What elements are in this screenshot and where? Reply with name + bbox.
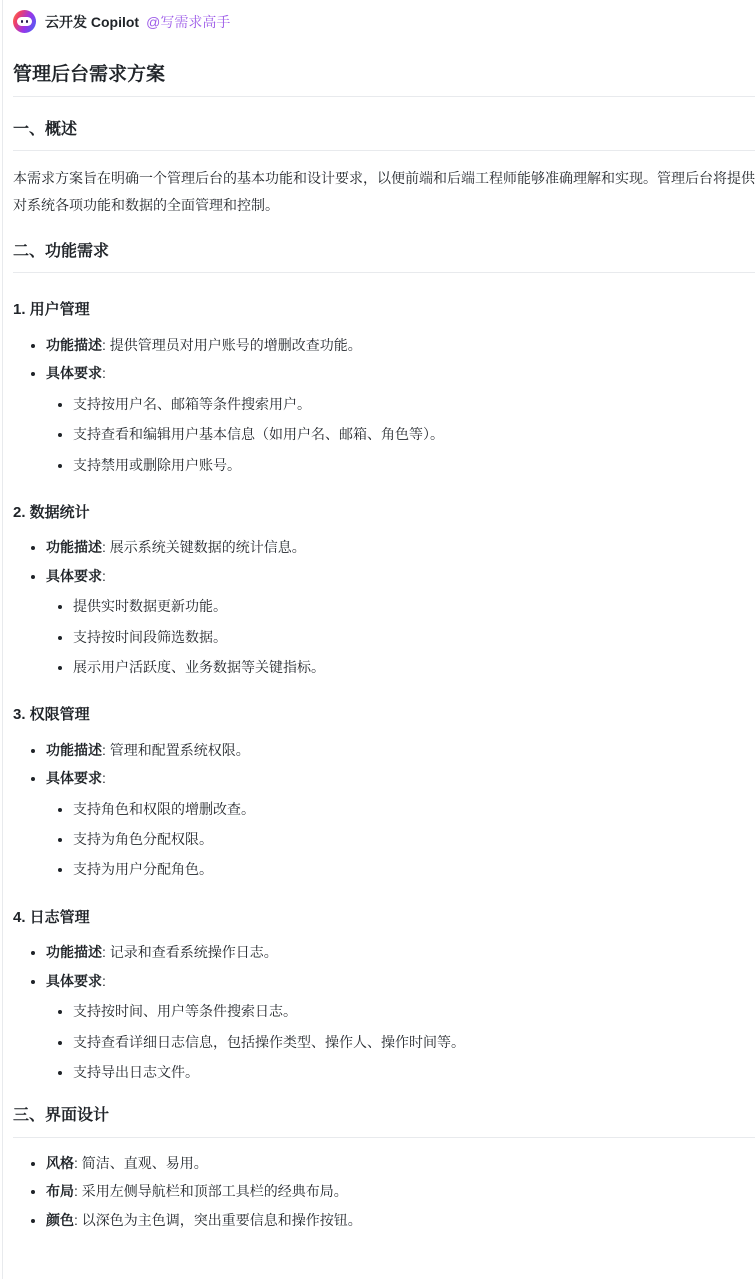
section-heading: 1. 用户管理 xyxy=(13,300,755,320)
bullet-list: 功能描述: 管理和配置系统权限。具体要求:支持角色和权限的增删改查。支持为角色分… xyxy=(13,739,755,881)
nested-bullet-list: 支持按时间、用户等条件搜索日志。支持查看详细日志信息，包括操作类型、操作人、操作… xyxy=(46,1000,755,1083)
nested-bullet-list: 支持按用户名、邮箱等条件搜索用户。支持查看和编辑用户基本信息（如用户名、邮箱、角… xyxy=(46,393,755,476)
paragraph: 本需求方案旨在明确一个管理后台的基本功能和设计要求，以便前端和后端工程师能够准确… xyxy=(13,165,755,218)
list-item-label: 具体要求 xyxy=(46,365,102,381)
list-item: 布局: 采用左侧导航栏和顶部工具栏的经典布局。 xyxy=(46,1180,755,1202)
list-item: 风格: 简洁、直观、易用。 xyxy=(46,1152,755,1174)
mention-link[interactable]: @写需求高手 xyxy=(146,12,230,32)
robot-eye-right xyxy=(26,20,29,23)
bullet-list: 功能描述: 提供管理员对用户账号的增删改查功能。具体要求:支持按用户名、邮箱等条… xyxy=(13,334,755,476)
list-item-label: 颜色 xyxy=(46,1212,74,1228)
chat-message-panel: 云开发 Copilot @写需求高手 管理后台需求方案 一、概述本需求方案旨在明… xyxy=(2,0,755,1279)
list-item-label: 具体要求 xyxy=(46,568,102,584)
section-heading: 一、概述 xyxy=(13,120,755,152)
section-heading: 二、功能需求 xyxy=(13,242,755,274)
copilot-avatar-icon xyxy=(13,10,36,33)
nested-list-item: 支持禁用或删除用户账号。 xyxy=(73,454,755,476)
list-item: 功能描述: 管理和配置系统权限。 xyxy=(46,739,755,761)
nested-list-item: 支持角色和权限的增删改查。 xyxy=(73,798,755,820)
robot-visor xyxy=(17,17,32,26)
list-item-label: 功能描述 xyxy=(46,944,102,960)
doc-blocks: 一、概述本需求方案旨在明确一个管理后台的基本功能和设计要求，以便前端和后端工程师… xyxy=(13,120,755,1232)
nested-list-item: 提供实时数据更新功能。 xyxy=(73,595,755,617)
bullet-list: 风格: 简洁、直观、易用。布局: 采用左侧导航栏和顶部工具栏的经典布局。颜色: … xyxy=(13,1152,755,1231)
nested-list-item: 支持导出日志文件。 xyxy=(73,1061,755,1083)
nested-list-item: 支持为角色分配权限。 xyxy=(73,828,755,850)
nested-list-item: 支持为用户分配角色。 xyxy=(73,858,755,880)
message-header: 云开发 Copilot @写需求高手 xyxy=(13,9,755,33)
section-heading: 三、界面设计 xyxy=(13,1106,755,1138)
list-item-label: 布局 xyxy=(46,1183,74,1199)
list-item-label: 功能描述 xyxy=(46,539,102,555)
nested-list-item: 支持按时间段筛选数据。 xyxy=(73,626,755,648)
section-heading: 2. 数据统计 xyxy=(13,503,755,523)
nested-list-item: 支持查看详细日志信息，包括操作类型、操作人、操作时间等。 xyxy=(73,1031,755,1053)
list-item: 具体要求:支持按时间、用户等条件搜索日志。支持查看详细日志信息，包括操作类型、操… xyxy=(46,970,755,1084)
nested-bullet-list: 支持角色和权限的增删改查。支持为角色分配权限。支持为用户分配角色。 xyxy=(46,798,755,881)
list-item: 功能描述: 提供管理员对用户账号的增删改查功能。 xyxy=(46,334,755,356)
author-name: 云开发 Copilot xyxy=(45,12,139,32)
robot-eye-left xyxy=(21,20,24,23)
list-item: 具体要求:支持按用户名、邮箱等条件搜索用户。支持查看和编辑用户基本信息（如用户名… xyxy=(46,362,755,476)
section-heading: 4. 日志管理 xyxy=(13,908,755,928)
nested-list-item: 支持按时间、用户等条件搜索日志。 xyxy=(73,1000,755,1022)
doc-title: 管理后台需求方案 xyxy=(13,63,755,97)
document-body: 管理后台需求方案 一、概述本需求方案旨在明确一个管理后台的基本功能和设计要求，以… xyxy=(13,63,755,1231)
section-heading: 3. 权限管理 xyxy=(13,705,755,725)
nested-bullet-list: 提供实时数据更新功能。支持按时间段筛选数据。展示用户活跃度、业务数据等关键指标。 xyxy=(46,595,755,678)
list-item: 功能描述: 展示系统关键数据的统计信息。 xyxy=(46,536,755,558)
list-item-label: 风格 xyxy=(46,1155,74,1171)
bullet-list: 功能描述: 记录和查看系统操作日志。具体要求:支持按时间、用户等条件搜索日志。支… xyxy=(13,941,755,1083)
nested-list-item: 支持查看和编辑用户基本信息（如用户名、邮箱、角色等）。 xyxy=(73,423,755,445)
bullet-list: 功能描述: 展示系统关键数据的统计信息。具体要求:提供实时数据更新功能。支持按时… xyxy=(13,536,755,678)
list-item-label: 功能描述 xyxy=(46,742,102,758)
nested-list-item: 支持按用户名、邮箱等条件搜索用户。 xyxy=(73,393,755,415)
list-item: 颜色: 以深色为主色调，突出重要信息和操作按钮。 xyxy=(46,1209,755,1231)
list-item-label: 具体要求 xyxy=(46,770,102,786)
list-item-label: 功能描述 xyxy=(46,337,102,353)
list-item: 具体要求:提供实时数据更新功能。支持按时间段筛选数据。展示用户活跃度、业务数据等… xyxy=(46,565,755,679)
list-item: 具体要求:支持角色和权限的增删改查。支持为角色分配权限。支持为用户分配角色。 xyxy=(46,767,755,881)
nested-list-item: 展示用户活跃度、业务数据等关键指标。 xyxy=(73,656,755,678)
list-item: 功能描述: 记录和查看系统操作日志。 xyxy=(46,941,755,963)
list-item-label: 具体要求 xyxy=(46,973,102,989)
